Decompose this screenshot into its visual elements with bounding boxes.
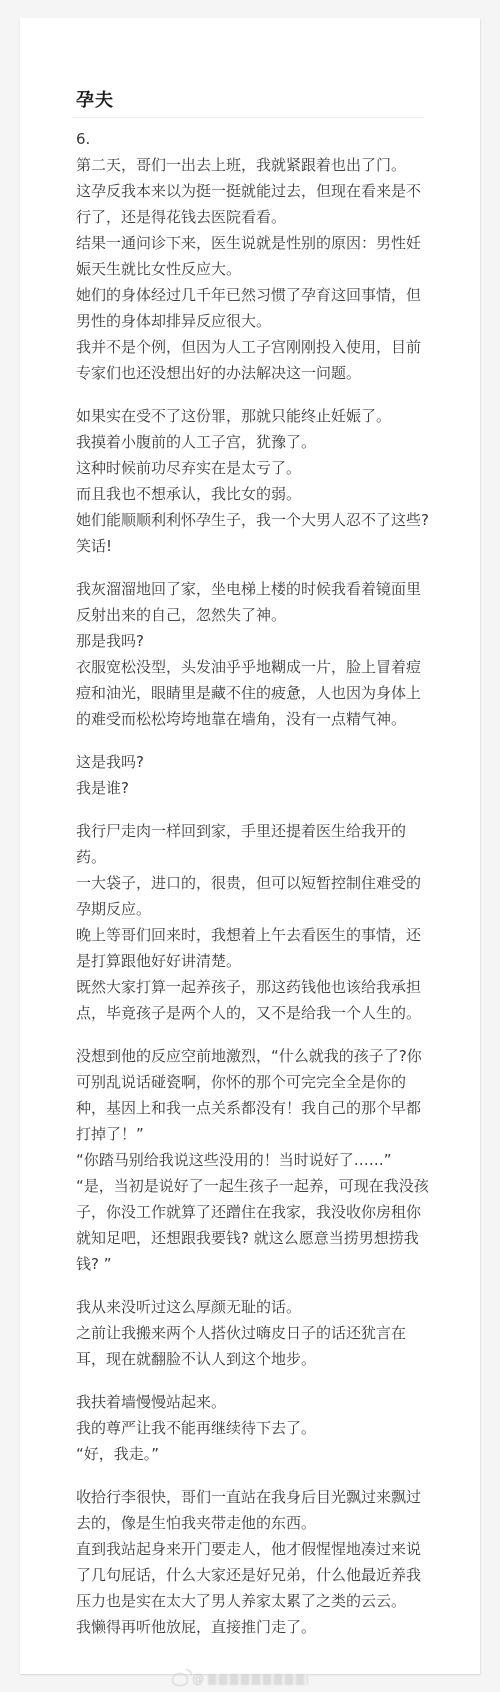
text-line: 晚上等哥们回来时，我想着上午去看医生的事情，还是打算跟他好好讲清楚。: [76, 922, 434, 974]
text-line: 既然大家打算一起养孩子，那这药钱他也该给我承担点，毕竟孩子是两个人的，又不是给我…: [76, 974, 434, 1026]
paragraph: 我行尸走肉一样回到家，手里还提着医生给我开的药。 一大袋子，进口的，很贵，但可以…: [76, 818, 434, 1026]
text-line: 第二天，哥们一出去上班，我就紧跟着也出了门。: [76, 152, 434, 178]
paragraph: 6. 第二天，哥们一出去上班，我就紧跟着也出了门。 这孕反我本来以为挺一挺就能过…: [76, 126, 434, 386]
watermark-handle-blurred: [208, 1674, 308, 1685]
paragraph: 我灰溜溜地回了家，坐电梯上楼的时候我看着镜面里反射出来的自己，忽然失了神。 那是…: [76, 576, 434, 732]
article-title: 孕夫: [76, 86, 114, 112]
weibo-icon: [172, 1673, 188, 1686]
text-line: 衣服宽松没型，头发油乎乎地糊成一片，脸上冒着痘痘和油光，眼睛里是藏不住的疲惫，人…: [76, 654, 434, 732]
text-line: 我从来没听过这么厚颜无耻的话。: [76, 1294, 434, 1320]
text-line: 这种时候前功尽弃实在是太亏了。: [76, 455, 434, 481]
text-line: 我并不是个例，但因为人工子宫刚刚投入使用，目前专家们也还没想出好的办法解决这一问…: [76, 334, 434, 386]
text-line: 我行尸走肉一样回到家，手里还提着医生给我开的药。: [76, 818, 434, 870]
text-line: 笑话!: [76, 533, 434, 559]
text-line: 结果一通问诊下来，医生说就是性别的原因：男性妊娠天生就比女性反应大。: [76, 230, 434, 282]
text-line: “你踏马别给我说这些没用的！当时说好了……”: [76, 1147, 434, 1173]
text-line: 收拾行李很快，哥们一直站在我身后目光飘过来飘过去的，像是生怕我夹带走他的东西。: [76, 1484, 434, 1536]
paragraph: 这是我吗? 我是谁?: [76, 749, 434, 801]
text-line: 我摸着小腹前的人工子宫，犹豫了。: [76, 429, 434, 455]
text-line: “是，当初是说好了一起生孩子一起养，可现在我没孩子，你没工作就算了还蹭住在我家，…: [76, 1173, 434, 1277]
text-line: 她们能顺顺利利怀孕生子，我一个大男人忍不了这些?: [76, 507, 434, 533]
text-line: 我扶着墙慢慢站起来。: [76, 1389, 434, 1415]
article-body: 6. 第二天，哥们一出去上班，我就紧跟着也出了门。 这孕反我本来以为挺一挺就能过…: [76, 126, 434, 1657]
title-divider: [72, 117, 424, 118]
text-line: 这是我吗?: [76, 749, 434, 775]
text-line: 我的尊严让我不能再继续待下去了。: [76, 1415, 434, 1441]
text-line: 直到我站起身来开门要走人，他才假惺惺地凑过来说了几句屁话，什么大家还是好兄弟，什…: [76, 1536, 434, 1614]
text-line: 我是谁?: [76, 775, 434, 801]
weibo-watermark: @: [172, 1670, 308, 1688]
text-line: 一大袋子，进口的，很贵，但可以短暂控制住难受的孕期反应。: [76, 870, 434, 922]
text-line: 我懒得再听他放屁，直接推门走了。: [76, 1614, 434, 1640]
text-line: 她们的身体经过几千年已然习惯了孕育这回事情，但男性的身体却排异反应很大。: [76, 282, 434, 334]
paragraph: 我扶着墙慢慢站起来。 我的尊严让我不能再继续待下去了。 “好，我走。”: [76, 1389, 434, 1467]
text-line: 而且我也不想承认，我比女的弱。: [76, 481, 434, 507]
text-line: 我灰溜溜地回了家，坐电梯上楼的时候我看着镜面里反射出来的自己，忽然失了神。: [76, 576, 434, 628]
paragraph: 没想到他的反应空前地激烈，“什么就我的孩子了?你可别乱说话碰瓷啊，你怀的那个可完…: [76, 1043, 434, 1277]
paragraph: 我从来没听过这么厚颜无耻的话。 之前让我搬来两个人搭伙过嗨皮日子的话还犹言在耳，…: [76, 1294, 434, 1372]
article-card: 孕夫 6. 第二天，哥们一出去上班，我就紧跟着也出了门。 这孕反我本来以为挺一挺…: [20, 18, 480, 1674]
text-line: 如果实在受不了这份罪，那就只能终止妊娠了。: [76, 403, 434, 429]
text-line: 没想到他的反应空前地激烈，“什么就我的孩子了?你可别乱说话碰瓷啊，你怀的那个可完…: [76, 1043, 434, 1147]
text-line: 6.: [76, 126, 434, 152]
text-line: 之前让我搬来两个人搭伙过嗨皮日子的话还犹言在耳，现在就翻脸不认人到这个地步。: [76, 1320, 434, 1372]
watermark-at-sign: @: [192, 1672, 204, 1686]
text-line: “好，我走。”: [76, 1441, 434, 1467]
paragraph: 收拾行李很快，哥们一直站在我身后目光飘过来飘过去的，像是生怕我夹带走他的东西。 …: [76, 1484, 434, 1640]
text-line: 那是我吗?: [76, 628, 434, 654]
paragraph: 如果实在受不了这份罪，那就只能终止妊娠了。 我摸着小腹前的人工子宫，犹豫了。 这…: [76, 403, 434, 559]
text-line: 这孕反我本来以为挺一挺就能过去，但现在看来是不行了，还是得花钱去医院看看。: [76, 178, 434, 230]
